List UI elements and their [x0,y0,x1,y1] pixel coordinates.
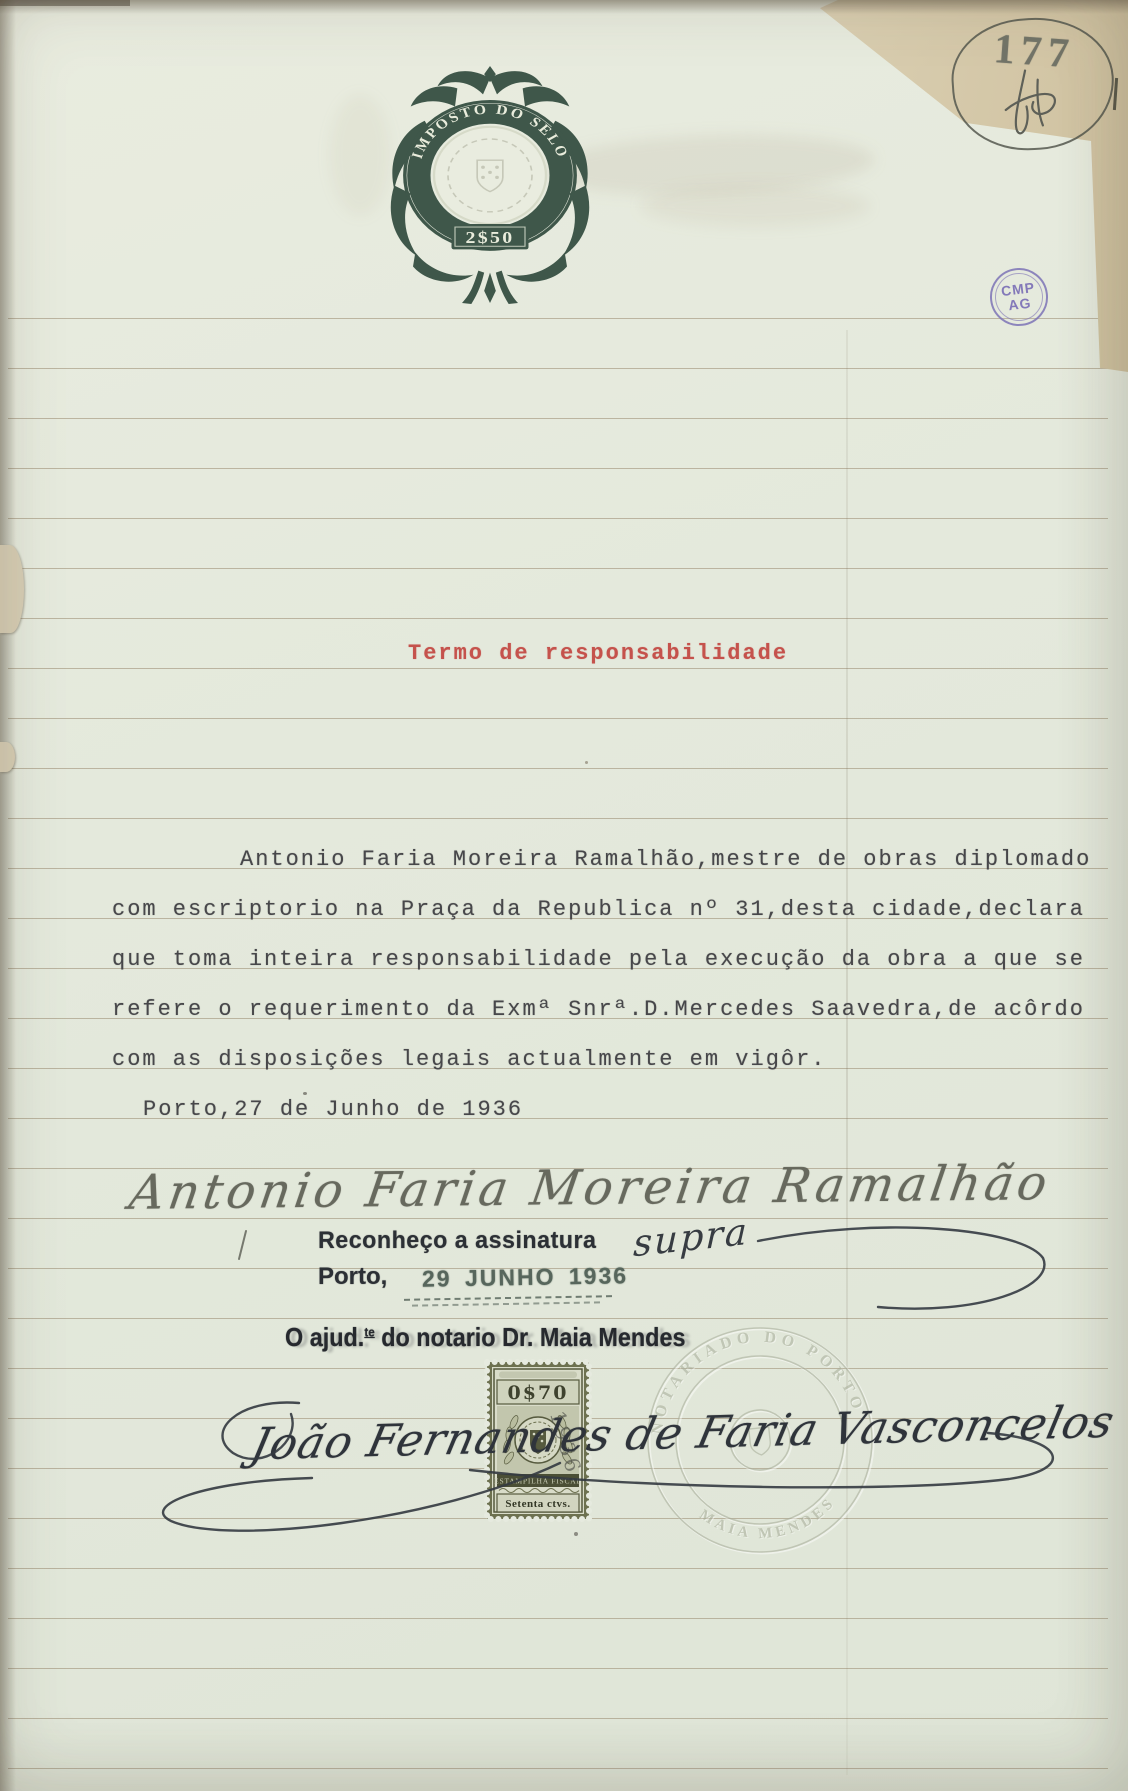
top-left-edge [0,0,130,6]
revenue-stamp-value: 0$70 [508,1382,569,1404]
document-page: IMPOSTO DO SELO 2$50 177 CMP AG Termo de… [0,0,1128,1791]
clerk-title-prefix: O ajud. [285,1322,364,1352]
stain [640,185,870,227]
speck [303,1092,307,1095]
rubric-initials [991,64,1066,147]
body-line: Antonio Faria Moreira Ramalhão,mestre de… [240,847,1091,872]
top-edge-shadow [0,0,1128,14]
date-stamp: 29 JUNHO 1936 [422,1262,628,1293]
document-title: Termo de responsabilidade [408,641,788,666]
clerk-title-superscript: te [364,1324,374,1339]
stain [330,95,390,215]
fiscal-seal-imposto-do-selo: IMPOSTO DO SELO 2$50 [385,62,595,305]
clerk-title-rest: do notario Dr. Maia Mendes [375,1322,686,1352]
body-line: que toma inteira responsabilidade pela e… [112,947,1085,972]
body-line: com as disposições legais actualmente em… [112,1047,827,1072]
body-date-line: Porto,27 de Junho de 1936 [143,1097,523,1122]
revenue-stamp-denomination: Setenta ctvs. [505,1498,570,1510]
speck [585,761,588,764]
declarant-signature: Antonio Faria Moreira Ramalhão [126,1155,1055,1221]
clerk-title-stamp: O ajud.te do notario Dr. Maia Mendes [285,1322,685,1353]
body-line: refere o requerimento da Exmª Snrª.D.Mer… [112,997,1085,1022]
place-stamp: Porto, [318,1263,387,1291]
speck [574,1532,578,1536]
acknowledgement-stamp: Reconheço a assinatura [318,1227,596,1255]
ruled-lines [8,318,1108,1773]
revenue-stamp-band-text: ESTAMPILHA FISCAL [494,1477,582,1486]
left-binding-edge [0,0,16,1791]
seal-value: 2$50 [466,228,515,247]
cmp-ag-line2: AG [1008,296,1033,314]
body-line: com escriptorio na Praça da Republica nº… [112,897,1085,922]
cmp-ag-line1: CMP [1000,280,1036,299]
